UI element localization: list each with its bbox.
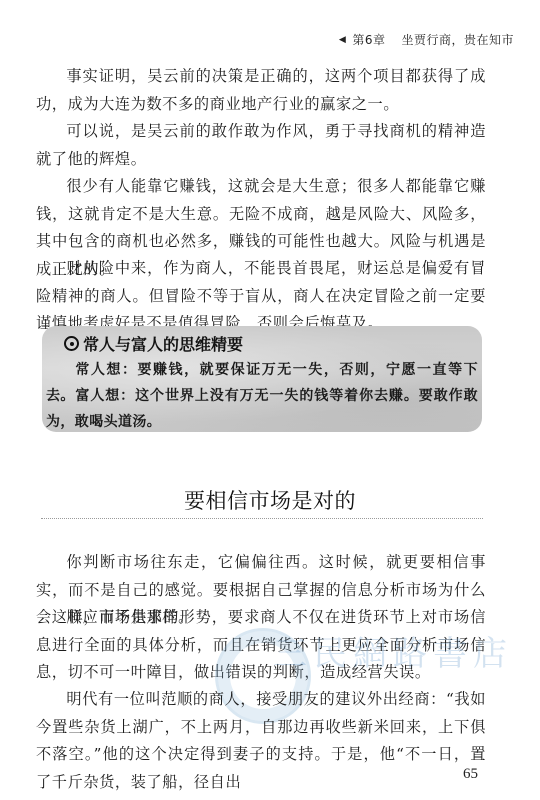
callout-line-rich-person: 富人想：这个世界上没有万无一失的钱等着你去赚。要敢作敢为，敢喝头道汤。: [46, 383, 478, 432]
dotted-divider: [41, 518, 483, 519]
paragraph: 顺应市场供求的形势，要求商人不仅在进货环节上对市场信息进行全面的具体分析，而且在…: [36, 604, 486, 687]
section-heading: 要相信市场是对的: [0, 485, 540, 515]
tip-callout-box: 常人与富人的思维精要 常人想：要赚钱，就要保证万无一失，否则，宁愿一直等下去。 …: [42, 326, 482, 432]
book-page: ◀ 第6章 坐贾行商，贵在知市 事实证明，吴云前的决策是正确的，这两个项目都获得…: [0, 0, 540, 800]
page-number: 65: [463, 766, 478, 783]
chapter-title: 坐贾行商，贵在知市: [401, 31, 514, 48]
callout-title: 常人与富人的思维精要: [64, 332, 243, 355]
callout-title-text: 常人与富人的思维精要: [83, 332, 243, 355]
chapter-number: 第6章: [352, 31, 385, 48]
paragraph: 事实证明，吴云前的决策是正确的，这两个项目都获得了成功，成为大连为数不多的商业地…: [36, 63, 486, 118]
paragraph: 可以说，是吴云前的敢作敢为作风，勇于寻找商机的精神造就了他的辉煌。: [36, 118, 486, 173]
left-triangle-icon: ◀: [339, 35, 346, 45]
circle-bullet-icon: [64, 336, 79, 351]
paragraph: 明代有一位叫范顺的商人，接受朋友的建议外出经商：“我如今置些杂货上湖广，不上两月…: [36, 686, 486, 796]
running-head: ◀ 第6章 坐贾行商，贵在知市: [339, 31, 514, 48]
